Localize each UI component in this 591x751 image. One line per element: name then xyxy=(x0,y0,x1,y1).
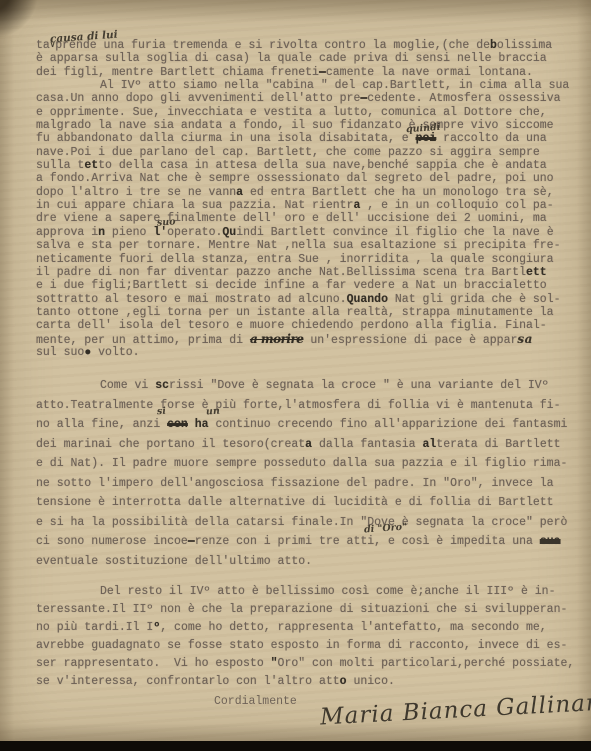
typed-line: ser rappresentato. Vi ho esposto "Oro" c… xyxy=(36,655,571,673)
typed-line: se v'interessa, confrontarlo con l'altro… xyxy=(36,673,571,691)
overtyped-correction: o xyxy=(340,675,347,688)
typed-text: ta xyxy=(36,39,50,52)
typed-line: è apparsa sulla soglia di casa) la quale… xyxy=(36,52,571,65)
typed-text: rissi "Dove è segnata la croce " è una v… xyxy=(169,379,549,392)
handwritten-annotation: causa di lui∨ xyxy=(50,39,55,52)
letter-closing: Cordialmente xyxy=(214,695,297,708)
typed-text: Come vi xyxy=(100,379,155,392)
typed-text: Al IVº atto siamo nella "cabina " del ca… xyxy=(100,79,569,92)
typed-text: to della casa in attesa della sua nave,b… xyxy=(98,159,547,172)
letter-page: tacausa di lui∨prende una furia tremenda… xyxy=(0,0,591,741)
strikethrough-correction: - xyxy=(188,535,195,548)
typed-line: ne sotto l'impero dell'angosciosa fissaz… xyxy=(36,474,571,494)
overtyped-correction: Quando xyxy=(347,293,388,306)
typed-line: eventuale sostituzione dell'ultimo atto. xyxy=(36,552,571,572)
overtyped-correction: Qu xyxy=(222,226,236,239)
typed-text: e si ha la possibilità della catarsi fin… xyxy=(36,516,567,529)
typed-text: fu abbandonato dalla ciurma in una isola… xyxy=(36,132,416,145)
typed-line: a fondo.Arriva Nat che è sempre ossessio… xyxy=(36,172,571,185)
typed-text: Oro" con molti particolari,perché possia… xyxy=(278,657,575,670)
typed-text: eventuale sostituzione dell'ultimo atto. xyxy=(36,555,312,568)
typed-text: camente la nave ormai lontana. xyxy=(326,66,533,79)
inked-out-word: sua xyxy=(540,535,561,548)
typed-line: e si ha la possibilità della catarsi fin… xyxy=(36,513,571,533)
typed-line: malgrado la nave sia andata a fondo, il … xyxy=(36,119,571,132)
handwritten-text: sa xyxy=(517,332,533,346)
typed-text: malgrado la nave sia andata a fondo, il … xyxy=(36,119,554,132)
handwritten-signature: Maria Bianca Gallinaro xyxy=(319,691,570,730)
typed-text: sul suo xyxy=(36,346,84,359)
typed-text: carta dell' isola del tesoro e muore chi… xyxy=(36,319,547,332)
typed-line: Come vi scrissi "Dove è segnata la croce… xyxy=(36,376,571,396)
typed-text: ne sotto l'impero dell'angosciosa fissaz… xyxy=(36,477,554,490)
typed-line: ci sono numerose incoe-renze con i primi… xyxy=(36,532,571,552)
typed-text: teressante.Il IIº non è che la preparazi… xyxy=(36,603,567,616)
typed-text: cedente. Atmosfera ossessiva xyxy=(367,92,560,105)
typed-line: e opprimente. Sue, invecchiata e vestita… xyxy=(36,106,571,119)
typed-text: è apparsa sulla soglia di casa) la quale… xyxy=(36,52,547,65)
typed-text: ed entra Bartlett che ha un monologo tra… xyxy=(243,186,554,199)
typed-line: neticamente fuori della stanza, entra Su… xyxy=(36,253,571,266)
typed-text: no più tardi.Il I xyxy=(36,621,153,634)
typed-line: no alla fine, anzi sicon ha uncontinuo c… xyxy=(36,415,571,435)
typed-text: approva i xyxy=(36,226,98,239)
typed-line: sulla tetto della casa in attesa della s… xyxy=(36,159,571,172)
typed-line: dopo l'altro i tre se ne vanna ed entra … xyxy=(36,186,571,199)
overtyped-correction: ett xyxy=(526,266,547,279)
typed-text: dopo l'altro i tre se ne vann xyxy=(36,186,236,199)
typed-text: Nat gli grida che è sol- xyxy=(388,293,561,306)
typed-text: pieno xyxy=(105,226,153,239)
typed-text: dei marinai che portano il tesoro(creat xyxy=(36,438,305,451)
typed-line: tanto ottone ,egli torna per un istante … xyxy=(36,306,571,319)
letter-paragraph-2: Come vi scrissi "Dove è segnata la croce… xyxy=(36,376,571,571)
letter-paragraph-3: Del resto il IVº atto è bellissimo così … xyxy=(36,583,571,691)
strikethrough-correction: - xyxy=(319,66,326,79)
typed-text: prende una furia tremenda e si rivolta c… xyxy=(55,39,490,52)
typed-line: dei marinai che portano il tesoro(creata… xyxy=(36,435,571,455)
typed-text: in cui appare chiara la sua pazzia. Nat … xyxy=(36,199,353,212)
overtyped-correction: b xyxy=(490,39,497,52)
typed-text: mente, per un attimo, prima di xyxy=(36,334,250,347)
typed-line: sul suo● volto. xyxy=(36,346,571,359)
typed-line: no più tardi.Il Iº, come ho detto, rappr… xyxy=(36,619,571,637)
typed-text: indi Bartlett convince il figlio che la … xyxy=(236,226,553,239)
typed-text: a fondo.Arriva Nat che è sempre ossessio… xyxy=(36,172,554,185)
typed-line: salva e sta per tornare. Mentre Nat ,nel… xyxy=(36,239,571,252)
overtyped-correction: et xyxy=(84,159,98,172)
typed-line: in cui appare chiara la sua pazzia. Nat … xyxy=(36,199,571,212)
typed-text: , e in un colloquio col pa- xyxy=(360,199,553,212)
typed-text: dei figli, mentre Bartlett chiama frenet… xyxy=(36,66,319,79)
typed-line: il padre di non far diventar pazzo anche… xyxy=(36,266,571,279)
handwritten-overwrite: a morire xyxy=(250,332,304,346)
typed-text: il padre di non far diventar pazzo anche… xyxy=(36,266,526,279)
typed-text: e di Nat). Il padre muore sempre possedu… xyxy=(36,457,567,470)
typed-text: unico. xyxy=(347,675,395,688)
typed-text: dre viene a sapere finalmente dell' oro … xyxy=(36,212,547,225)
struck-word: con xyxy=(167,418,188,431)
typed-line: e di Nat). Il padre muore sempre possedu… xyxy=(36,454,571,474)
typed-line: tacausa di lui∨prende una furia tremenda… xyxy=(36,39,571,52)
typed-text: e i due figli;Bartlett si decide infine … xyxy=(36,279,547,292)
typed-line: e i due figli;Bartlett si decide infine … xyxy=(36,279,571,292)
typed-text: nave.Poi i due parlano del cap. Bartlett… xyxy=(36,146,540,159)
typed-line: sottratto al tesoro e mai mostrato ad al… xyxy=(36,293,571,306)
typed-text: salva e sta per tornare. Mentre Nat ,nel… xyxy=(36,239,561,252)
typed-line: nave.Poi i due parlano del cap. Bartlett… xyxy=(36,146,571,159)
typed-text: avrebbe guadagnato se fosse stato espost… xyxy=(36,639,567,652)
typed-text: dalla fantasia xyxy=(312,438,422,451)
overtyped-correction: n xyxy=(98,226,105,239)
typed-text: olissima xyxy=(497,39,552,52)
typed-line: avrebbe guadagnato se fosse stato espost… xyxy=(36,637,571,655)
typed-text: volto. xyxy=(91,346,139,359)
typed-line: teressante.Il IIº non è che la preparazi… xyxy=(36,601,571,619)
overtyped-correction: a xyxy=(236,186,243,199)
typed-line: approva in pieno l'suooperato.Quindi Bar… xyxy=(36,226,571,239)
typed-text xyxy=(188,418,195,431)
typed-text: terata di Bartlett xyxy=(436,438,560,451)
typed-text: Del resto il IVº atto è bellissimo così … xyxy=(100,585,555,598)
typed-text: neticamente fuori della stanza, entra Su… xyxy=(36,253,554,266)
letter-paragraph-1: tacausa di lui∨prende una furia tremenda… xyxy=(36,39,571,359)
typed-line: Al IVº atto siamo nella "cabina " del ca… xyxy=(36,79,571,92)
typed-text: e opprimente. Sue, invecchiata e vestita… xyxy=(36,106,547,119)
typed-text: sottratto al tesoro e mai mostrato ad al… xyxy=(36,293,347,306)
typed-line: tensione è interrotta dalle alternative … xyxy=(36,493,571,513)
typed-line: carta dell' isola del tesoro e muore chi… xyxy=(36,319,571,332)
typed-text: se v'interessa, confrontarlo con l'altro… xyxy=(36,675,340,688)
typed-text: raccolto da una xyxy=(436,132,546,145)
typed-text: sulla t xyxy=(36,159,84,172)
typed-text: no alla fine, anzi xyxy=(36,418,167,431)
typed-text: ser rappresentato. Vi ho esposto xyxy=(36,657,271,670)
typed-text: atto.Teatralmente forse è più forte,l'at… xyxy=(36,399,561,412)
overtyped-correction: " xyxy=(271,657,278,670)
typed-text: tensione è interrotta dalle alternative … xyxy=(36,496,554,509)
typed-text: , come ho detto, rappresenta l'antefatto… xyxy=(160,621,546,634)
overtyped-correction: sc xyxy=(155,379,169,392)
typed-text: continuo crecendo fino all'apparizione d… xyxy=(215,418,567,431)
typed-text: casa.Un anno dopo gli avvenimenti dell'a… xyxy=(36,92,360,105)
typed-text: renze con i primi tre atti xyxy=(195,535,374,548)
typed-line: Del resto il IVº atto è bellissimo così … xyxy=(36,583,571,601)
typed-text: ci sono numerose incoe xyxy=(36,535,188,548)
typed-text: un'espressione di pace è appar xyxy=(303,334,517,347)
typed-text: tanto ottone ,egli torna per un istante … xyxy=(36,306,554,319)
typed-line: casa.Un anno dopo gli avvenimenti dell'a… xyxy=(36,92,571,105)
typed-line: mente, per un attimo, prima di a morire … xyxy=(36,333,571,346)
overtyped-correction: al xyxy=(422,438,436,451)
typed-line: fu abbandonato dalla ciurma in una isola… xyxy=(36,132,571,145)
typed-line: dei figli, mentre Bartlett chiama frenet… xyxy=(36,66,571,79)
typed-line: dre viene a sapere finalmente dell' oro … xyxy=(36,212,571,225)
typed-line: atto.Teatralmente forse è più forte,l'at… xyxy=(36,396,571,416)
